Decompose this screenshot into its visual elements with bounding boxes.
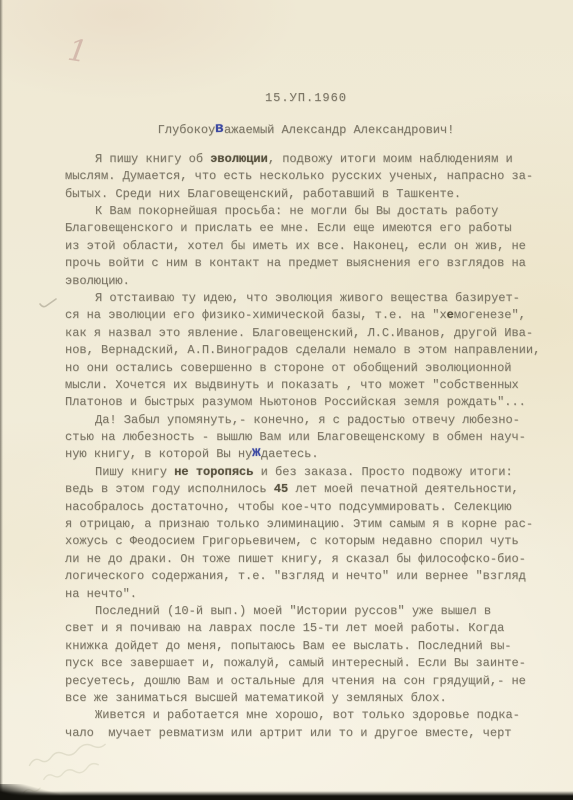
letter-line: стью на любезность - вышлю Вам или Благо… [65,429,547,446]
text-segment: , подвожу итоги моим наблюдениям и [268,152,513,166]
letter-line: но они остались совершенно в стороне от … [65,360,547,377]
letter-line: эволюцию. [65,273,547,290]
text-segment: ажаемый Александр Александрович! [224,123,454,137]
letter-line: из этой области, хотел бы иметь их все. … [65,238,547,255]
letter-line: нов, Вернадский, А.П.Виноградов сделали … [65,342,547,359]
overstruck-text: не торопясь [174,465,253,479]
scan-edge-bottom [0,791,573,800]
scanned-letter-page: 1 15.УП.1960 Глубокоуважаемый Александр … [0,0,573,800]
letter-line: на нечто". [65,586,547,603]
letter-line: Я отстаиваю ту идею, что эволюция живого… [65,290,547,307]
check-mark-icon [38,297,58,311]
letter-line: как я назвал это явление. Благовещенский… [65,325,547,342]
text-segment: лет моей печатной деятельности, [288,482,518,496]
letter-line: логического содержания, т.е. "взгляд и н… [65,568,547,585]
letter-line: ресуетесь, дошлю Вам и остальные для чте… [65,673,547,690]
text-segment: даетесь. [261,447,319,461]
ink-correction-letter: в [215,121,224,139]
overstruck-text: е [447,308,454,322]
text-segment: Я пишу книгу об [95,152,210,166]
text-segment: Пишу книгу [95,465,174,479]
scan-edge-left [0,0,3,800]
letter-line: ли не до драки. Он тоже пишет книгу, я с… [65,551,547,568]
letter-line: мыслям. Думается, что есть несколько рус… [65,168,547,185]
letter-line: Живется и работается мне хорошо, вот тол… [65,707,547,724]
text-segment: ся на эволюции его физико-химической баз… [65,308,447,322]
letter-line: все же заниматься высшей математикой у з… [65,690,547,707]
letter-line: свет и я почиваю на лаврах после 15-ти л… [65,620,547,637]
text-segment: Глубокоу [158,123,216,137]
letter-line: книжка дойдет до меня, попытаюсь Вам ее … [65,638,547,655]
letter-line: я отрицаю, а признаю только элиминацию. … [65,516,547,533]
text-segment: могенезе", [454,308,526,322]
ink-correction-letter: ж [252,445,261,463]
letter-line: насобралось достаточно, чтобы кое-что по… [65,499,547,516]
letter-date: 15.УП.1960 [65,90,547,107]
letter-line: Платонов и быстрых разумом Ньютонов Росс… [65,394,547,411]
letter-salutation: Глубокоуважаемый Александр Александрович… [65,122,547,139]
letter-line: Да! Забыл упомянуть,- конечно, я с радос… [65,412,547,429]
letter-line: хожусь с Феодосием Григорьевичем, с кото… [65,533,547,550]
letter-line: Благовещенского и прислать ее мне. Если … [65,220,547,237]
letter-line: ведь в этом году исполнилось 45 лет моей… [65,481,547,498]
overstruck-text: 45 [274,482,288,496]
letter-line: Пишу книгу не торопясь и без заказа. Про… [65,464,547,481]
letter-line: Я пишу книгу об эволюции, подвожу итоги … [65,151,547,168]
letter-line: Последний (10-й вып.) моей "Истории русс… [65,603,547,620]
letter-line: мысли. Хочется их выдвинуть и показать ,… [65,377,547,394]
letter-line: ся на эволюции его физико-химической баз… [65,307,547,324]
letter-line: бытых. Среди них Благовещенский, работав… [65,186,547,203]
pencil-page-number: 1 [65,33,89,71]
letter-line: ную книгу, в которой Вы нуждаетесь. [65,446,547,463]
letter-body-column: 15.УП.1960 Глубокоуважаемый Александр Ал… [65,90,547,742]
letter-line: пуск все завершает и, пожалуй, самый инт… [65,655,547,672]
letter-line: прочь войти с ним в контакт на предмет в… [65,255,547,272]
text-segment: и без заказа. Просто подвожу итоги: [253,465,512,479]
text-segment: ведь в этом году исполнилось [65,482,274,496]
overstruck-text: эволюции [210,152,268,166]
text-segment: ную книгу, в которой Вы ну [65,447,252,461]
letter-line: К Вам покорнейшая просьба: не могли бы В… [65,203,547,220]
